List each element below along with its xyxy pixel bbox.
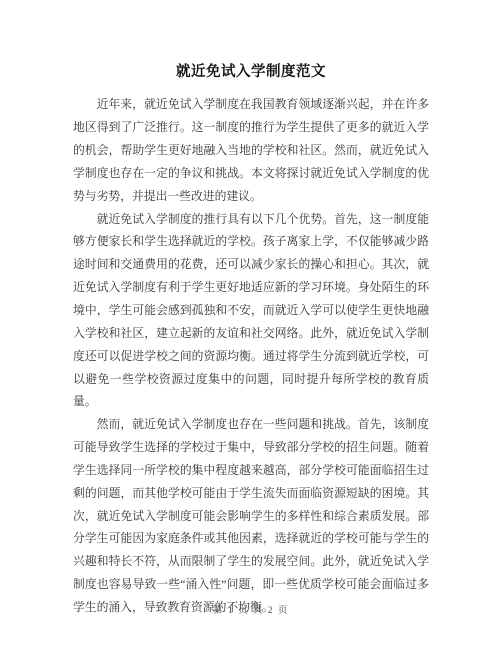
page-number-indicator: 第 1 页 共 2 页 (213, 606, 289, 616)
paragraph-problems: 然而，就近免试入学制度也存在一些问题和挑战。首先，该制度可能导致学生选择的学校过… (73, 413, 429, 619)
paragraph-intro: 近年来，就近免试入学制度在我国教育领域逐渐兴起，并在许多地区得到了广泛推行。这一… (73, 93, 429, 207)
paragraph-advantages: 就近免试入学制度的推行具有以下几个优势。首先，这一制度能够方便家长和学生选择就近… (73, 208, 429, 414)
page-footer: 第 1 页 共 2 页 (0, 604, 502, 618)
document-body: 近年来，就近免试入学制度在我国教育领域逐渐兴起，并在许多地区得到了广泛推行。这一… (73, 93, 429, 618)
document-page: 就近免试入学制度范文 近年来，就近免试入学制度在我国教育领域逐渐兴起，并在许多地… (0, 0, 502, 649)
document-title: 就近免试入学制度范文 (0, 10, 502, 84)
